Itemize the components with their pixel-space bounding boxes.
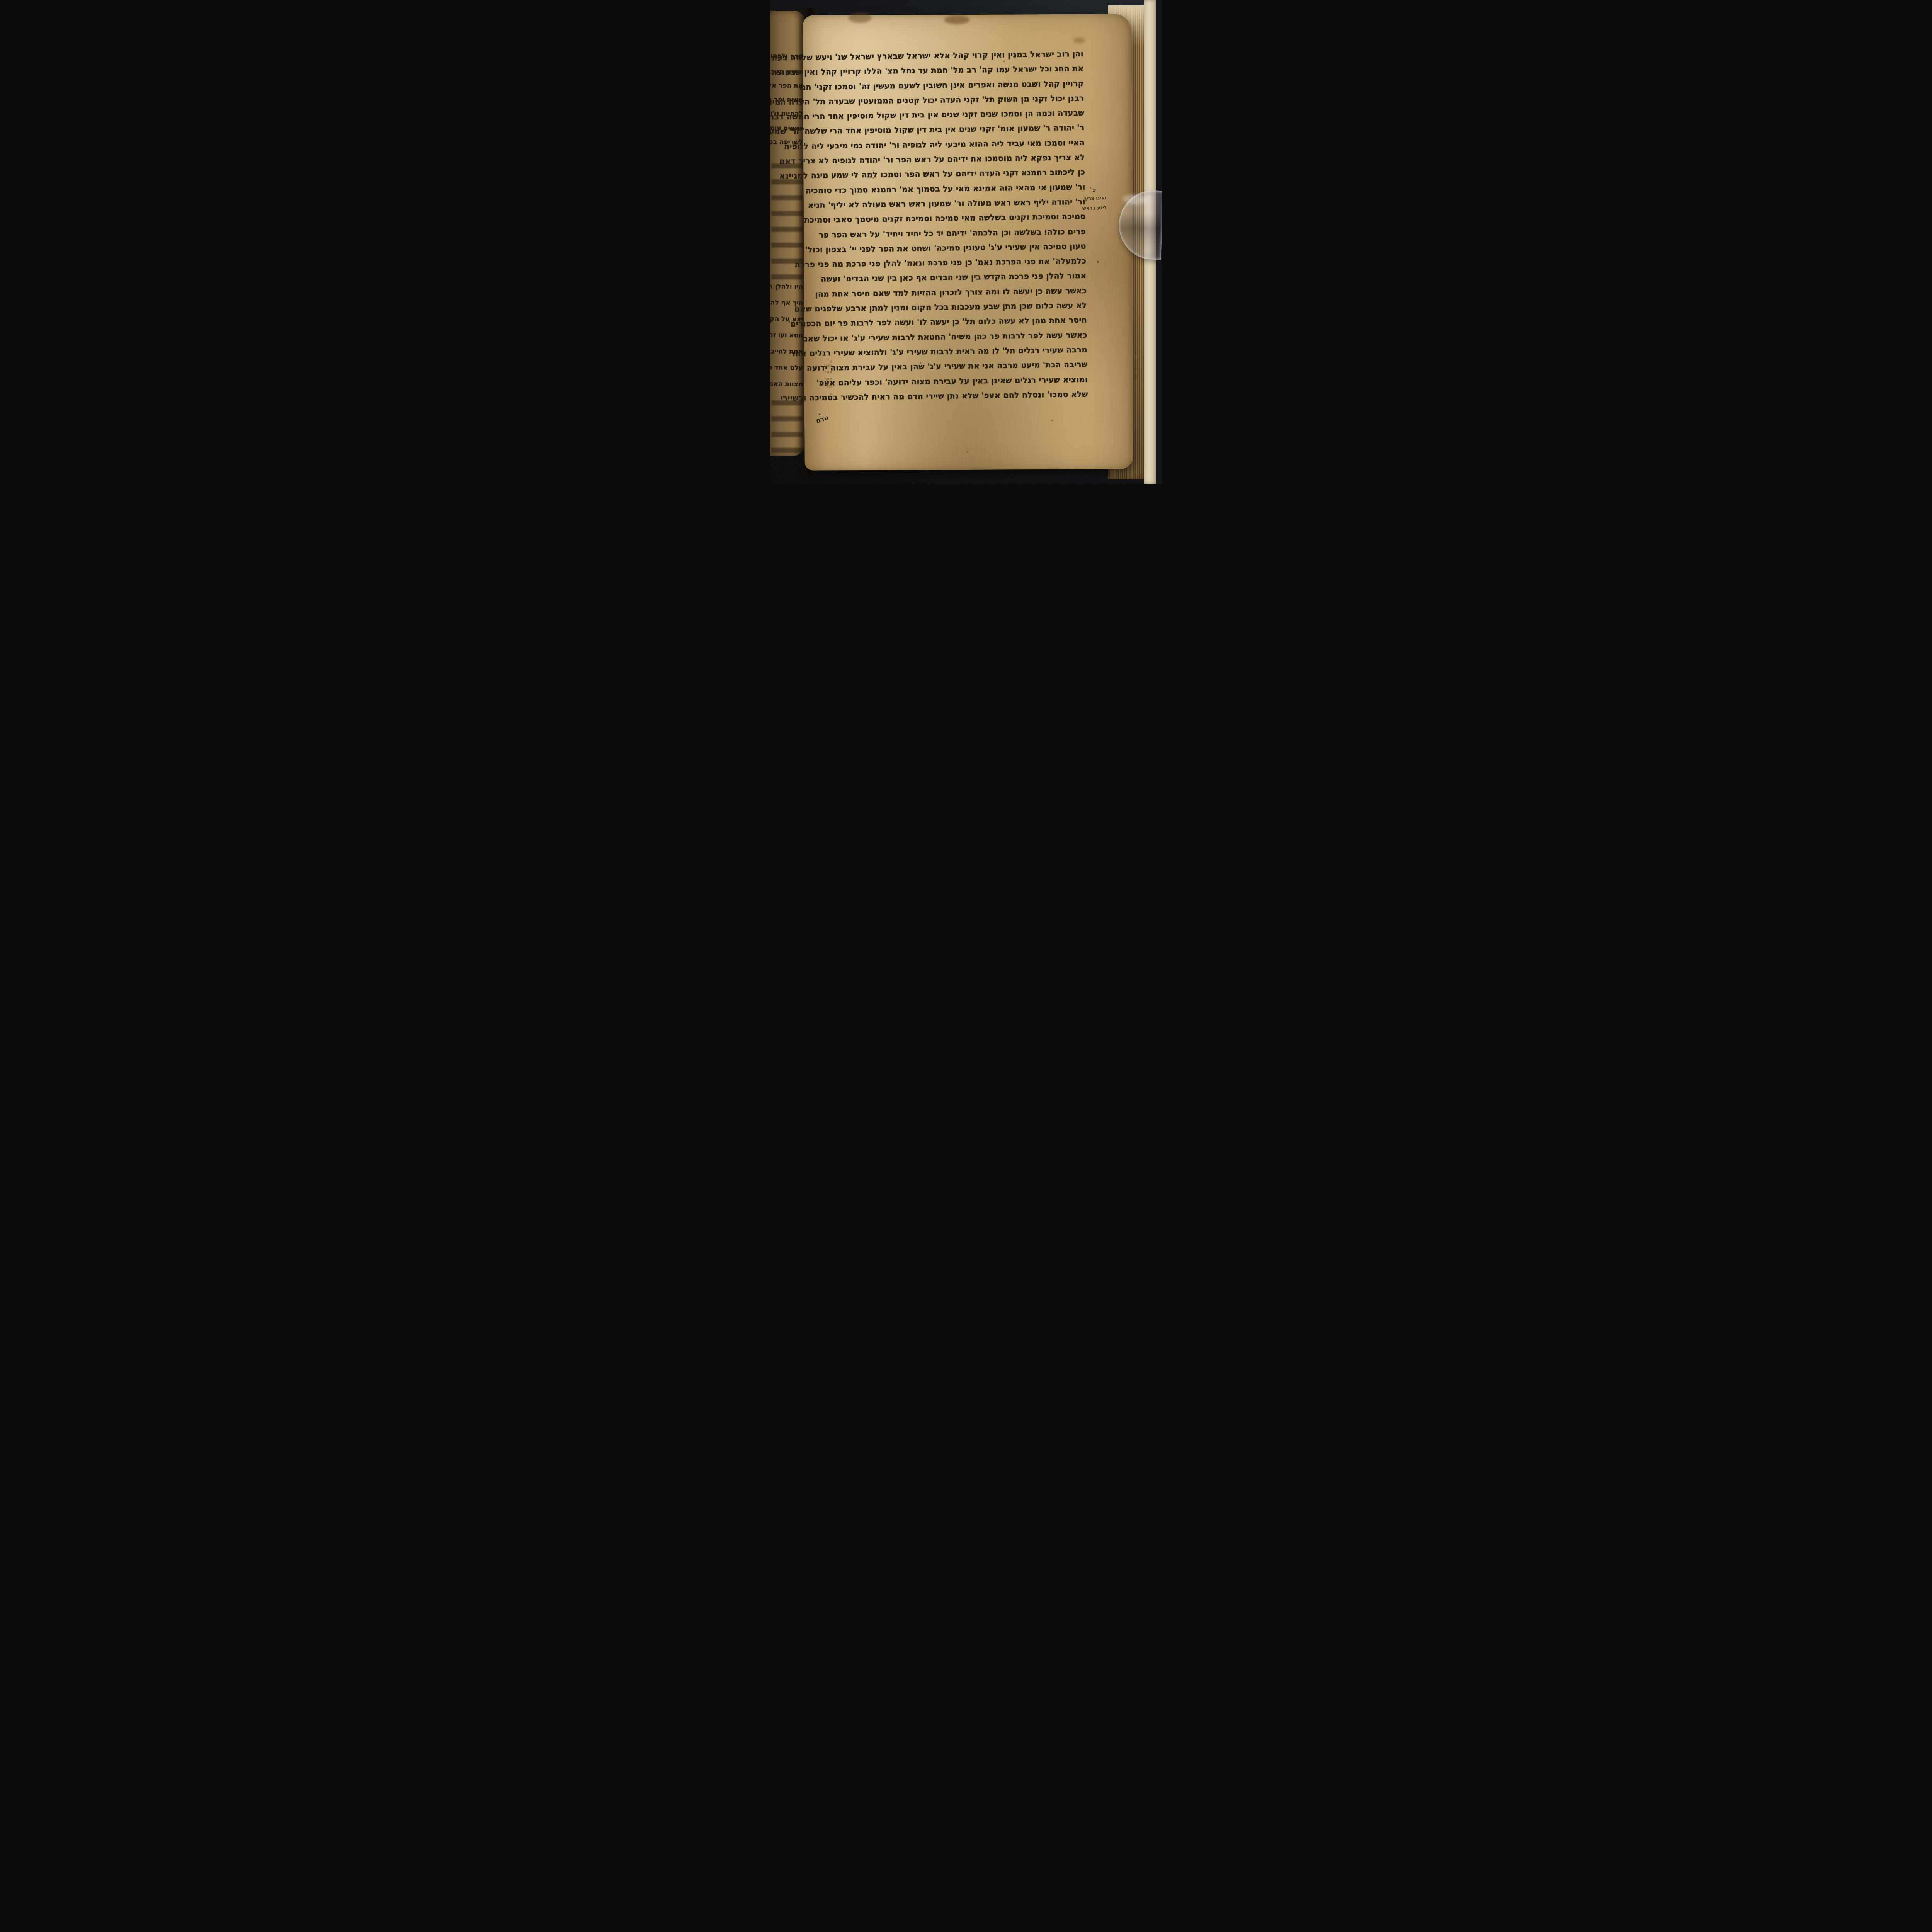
manuscript-text-line: ור' יהודה יליף ראש ראש מעולה ור' שמעון ר… [827, 194, 1085, 213]
right-margin-note: פ̇ ואינו צריךליגע בראש [1076, 186, 1107, 213]
manuscript-text-line: ור' שמעון אי מהאי הוה אמינא מאי על בסמוך… [827, 179, 1085, 197]
manuscript-text-line: כאשר עשה כן יעשה לו ומה צורך לזכרון ההזי… [828, 283, 1087, 301]
margin-gloss: צ̇ [829, 358, 832, 365]
margin-gloss: ף [830, 391, 833, 398]
facing-text-fragment: את הפר אלמא למה [770, 82, 803, 95]
manuscript-text-line: לא עשה כלום שכן מתן שבע מעכבות בכל מקום … [828, 298, 1087, 316]
left-margin-notes: צ̇בומ'סמי'מעו'בנו'ף [814, 186, 828, 186]
catchword-flourish: ש̈ [814, 410, 827, 418]
manuscript-text-line: כלמעלה' את פני הפרכת נאמ' כן פני פרכת ונ… [828, 253, 1086, 272]
margin-gloss: בומ' [824, 362, 832, 369]
manuscript-photo: הדם ולפסול בהזיהשאינן מעכבין את האת הפר … [770, 0, 1162, 484]
paper-stain [1012, 231, 1047, 250]
facing-text-fragment: עלם אחד חלב ונותר [770, 364, 803, 377]
manuscript-text-line: שבעדה וכמה הן וסמכו שנים זקני שנים אין ב… [826, 105, 1084, 124]
margin-gloss: סמי' [824, 369, 832, 376]
ink-stain [848, 13, 871, 23]
margin-gloss: בנו' [826, 383, 833, 390]
margin-note-line: ואינו צריך [1076, 193, 1107, 204]
catchword-word: הדם [815, 414, 830, 425]
manuscript-text-line: לא צריך נפקא ליה מוסמכו את ידיהם על ראש … [827, 150, 1085, 168]
manuscript-text-line: אמור להלן פני פרכת הקדש בין שני הבדים אף… [828, 268, 1086, 286]
manuscript-text-line: פרים כולהו בשלשה וכן הלכתה' ידיהם יד כל … [828, 224, 1086, 242]
manuscript-text-line: ומוציא שעירי רגלים שאינן באין על עבירת מ… [830, 372, 1088, 390]
foxing-speckles [803, 15, 803, 16]
manuscript-text-line: שריבה הכת' מיעט מרבה אני את שעירי ע'ג' ש… [829, 357, 1087, 375]
manuscript-text-line: כאשר עשה לפר לרבות פר כהן משיח' החטאת לר… [829, 327, 1087, 345]
margin-gloss: מעו' [824, 376, 833, 383]
ink-stain [944, 15, 969, 24]
manuscript-text-line: סמיכה וסמיכת זקנים בשלשה מאי סמיכה וסמיכ… [827, 209, 1085, 227]
catchword: ש̈ הדם [814, 410, 830, 425]
margin-note-line: ליגע בראש [1077, 202, 1107, 213]
manuscript-text-line: טעון סמיכה אין שעירי ע'ג' טעונין סמיכה' … [828, 239, 1086, 257]
manuscript-text-line: שלא סמכו' ונסלח להם אעפ' שלא נתן שיירי ה… [830, 387, 1088, 405]
right-margin-note-lines: ואינו צריךליגע בראש [1076, 193, 1107, 213]
faded-text-smudge [771, 400, 803, 458]
manuscript-text-line: האיי וסמכו מאי עביד ליה ההוא מיבעי ליה ל… [827, 135, 1085, 153]
manuscript-page: והן רוב ישראל במנין ואין קרוי קהל אלא יש… [803, 14, 1133, 471]
facing-text-fragment: חטא ועו זהו הדין ב [770, 331, 803, 345]
manuscript-text-line: קרויין קהל ושבט מנשה ואפרים אינן חשובין … [826, 76, 1084, 94]
margin-note-mark: פ̇ [1076, 186, 1096, 194]
manuscript-text-line: רבנן יכול זקני מן השוק תל' זקני העדה יכו… [826, 91, 1084, 109]
main-text-block: והן רוב ישראל במנין ואין קרוי קהל אלא יש… [825, 46, 1088, 405]
manuscript-text-line: חיסר אחת מהן לא עשה כלום תל' כן יעשה לו'… [829, 313, 1087, 331]
facing-text-fragment: היו ולהלן הוא אומ' [770, 282, 803, 296]
ink-stain [1073, 37, 1085, 44]
manuscript-text-line: מרבה שעירי רגלים תל' לו מה ראית לרבות שע… [829, 342, 1087, 361]
manuscript-text-line: ר' יהודה ר' שמעון אומ' זקני שנים אין בית… [826, 120, 1084, 138]
manuscript-text-line: והן רוב ישראל במנין ואין קרוי קהל אלא יש… [825, 46, 1083, 65]
manuscript-text-line: כן ליכתוב רחמנא זקני העדה ידיהם על ראש ה… [827, 165, 1085, 183]
manuscript-text-line: את החג וכל ישראל עמו קה' רב מל' חמת עד נ… [825, 61, 1083, 79]
